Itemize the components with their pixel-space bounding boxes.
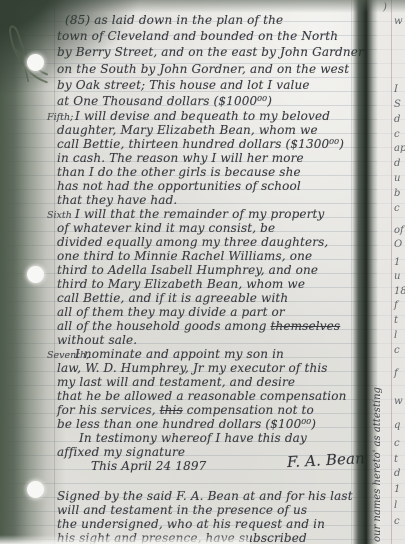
line-text: one third to Minnie Rachel Williams, one (57, 249, 312, 263)
adjacent-page-text-fragment: c (394, 129, 400, 140)
line-text: at One Thousand dollars ($1000⁰⁰) (57, 94, 272, 108)
will-text-line: of whatever kind it may consist, be (57, 221, 357, 235)
will-text-line: SixthI will that the remainder of my pro… (57, 207, 357, 221)
will-text-line: that he be allowed a reasonable compensa… (57, 389, 357, 403)
adjacent-page-text-fragment: d (394, 114, 400, 125)
adjacent-page-text-fragment: f (394, 300, 398, 311)
adjacent-page-text-fragment: t (394, 315, 398, 326)
line-text: law, W. D. Humphrey, Jr my executor of t… (57, 361, 328, 375)
adjacent-page-text-fragment: u (394, 271, 400, 282)
line-text: that they have had. (57, 193, 177, 207)
adjacent-page-text-fragment: 1 (394, 257, 400, 268)
adjacent-page-text-fragment: l (394, 330, 397, 341)
struck-word: this (160, 403, 183, 417)
will-text-line: will and testament in the presence of us (57, 503, 357, 517)
will-text-line: without sale. (57, 333, 357, 347)
line-text: third to Adella Isabell Humphrey, and on… (57, 263, 318, 277)
line-text: that he be allowed a reasonable compensa… (57, 389, 347, 403)
adjacent-page-text-fragment: b (394, 188, 400, 199)
line-text: call Bettie, thirteen hundred dollars ($… (57, 137, 344, 151)
line-text: all of them they may divide a part or (57, 305, 285, 319)
line-text: daughter, Mary Elizabeth Bean, whom we (57, 123, 318, 137)
line-text: of whatever kind it may consist, be (57, 221, 275, 235)
line-text: Signed by the said F. A. Bean at and for… (57, 489, 353, 503)
line-text: will and testament in the presence of us (57, 503, 307, 517)
adjacent-page-text-fragment: f (394, 368, 398, 379)
will-text-line: Fifth;I will devise and bequeath to my b… (57, 109, 357, 123)
will-text-line: This April 24 1897F. A. Bean (57, 459, 357, 473)
will-text-line: In testimony whereof I have this day (57, 431, 357, 445)
adjacent-page-text-fragment: d (394, 158, 400, 169)
line-text: call Bettie, and if it is agreeable with (57, 291, 288, 305)
adjacent-page-text-fragment: w (394, 16, 403, 27)
will-text-line: daughter, Mary Elizabeth Bean, whom we (57, 123, 357, 137)
will-text-line: third to Mary Elizabeth Bean, whom we (57, 277, 357, 291)
punch-hole (27, 481, 44, 498)
will-text-line: call Bettie, thirteen hundred dollars ($… (57, 137, 357, 151)
line-text: the undersigned, who at his request and … (57, 517, 325, 531)
line-text: I nominate and appoint my son in (75, 347, 284, 361)
vertical-margin-note: our names hereto' as attesting (372, 322, 387, 542)
scan-corner-bottom (0, 535, 250, 544)
will-text-line: law, W. D. Humphrey, Jr my executor of t… (57, 361, 357, 375)
line-text: third to Mary Elizabeth Bean, whom we (57, 277, 305, 291)
will-text-line: at One Thousand dollars ($1000⁰⁰) (57, 93, 357, 109)
will-text-line: Signed by the said F. A. Bean at and for… (57, 489, 357, 503)
line-text: all of the household goods among (57, 319, 271, 333)
punch-hole (27, 266, 44, 283)
will-text-line: be less than one hundred dollars ($100⁰⁰… (57, 417, 357, 431)
adjacent-page-text-fragment: c (394, 345, 400, 356)
line-text: without sale. (57, 333, 137, 347)
will-text-line: one third to Minnie Rachel Williams, one (57, 249, 357, 263)
struck-word: themselves (271, 319, 341, 333)
will-text-line: call Bettie, and if it is agreeable with (57, 291, 357, 305)
adjacent-page-text-fragment: ap (394, 143, 405, 154)
line-text: in cash. The reason why I will her more (57, 151, 304, 165)
adjacent-page-text-fragment: c (394, 438, 400, 449)
adjacent-page-text-fragment: w (394, 396, 403, 407)
adjacent-page-text-fragment: 1 (394, 484, 400, 495)
line-text: has not had the opportunities of school (57, 179, 301, 193)
will-text-line: has not had the opportunities of school (57, 179, 357, 193)
adjacent-page-text-fragment: 18 (394, 286, 405, 297)
adjacent-page-text-fragment: c (394, 516, 400, 527)
line-text: for his services, (57, 403, 160, 417)
adjacent-page-text-fragment: O (394, 239, 402, 250)
adjacent-page-text-fragment: I (394, 84, 398, 95)
adjacent-page-text-fragment: S (394, 99, 401, 110)
punch-hole (27, 54, 44, 71)
adjacent-page-text-fragment: q (394, 420, 400, 431)
will-text-line: Seventh,I nominate and appoint my son in (57, 347, 357, 361)
adjacent-page-text-fragment: of (394, 225, 404, 236)
line-text: than I do the other girls is because she (57, 165, 301, 179)
will-text-line: divided equally among my three daughters… (57, 235, 357, 249)
line-text: I will that the remainder of my property (75, 207, 324, 221)
will-text-line: the undersigned, who at his request and … (57, 517, 357, 531)
will-text-line: for his services, this compensation not … (57, 403, 357, 417)
line-text: compensation not to (183, 403, 314, 417)
line-text: be less than one hundred dollars ($100⁰⁰… (57, 417, 316, 431)
adjacent-page-text-fragment: t (394, 454, 398, 465)
adjacent-page-text-fragment: l (394, 500, 397, 511)
adjacent-page-text-fragment: d (394, 468, 400, 479)
adjacent-page-text-fragment: c (394, 203, 400, 214)
line-text: my last will and testament, and desire (57, 375, 295, 389)
will-text-line: that they have had. (57, 193, 357, 207)
adjacent-page-text-fragment: u (394, 173, 400, 184)
will-text-line: than I do the other girls is because she (57, 165, 357, 179)
line-text: This April 24 1897 (91, 459, 206, 473)
line-text: affixed my signature (57, 445, 185, 459)
will-text-line: third to Adella Isabell Humphrey, and on… (57, 263, 357, 277)
will-text-line: in cash. The reason why I will her more (57, 151, 357, 165)
scanned-will-page: (85) as laid down in the plan of thetown… (0, 0, 405, 544)
will-text-line: all of the household goods among themsel… (57, 319, 357, 333)
line-text: divided equally among my three daughters… (57, 235, 328, 249)
will-text-line: my last will and testament, and desire (57, 375, 357, 389)
next-page-margin-rule (391, 0, 392, 544)
line-text: I will devise and bequeath to my beloved (75, 109, 330, 123)
will-text-line: all of them they may divide a part or (57, 305, 357, 319)
line-text: In testimony whereof I have this day (79, 431, 307, 445)
